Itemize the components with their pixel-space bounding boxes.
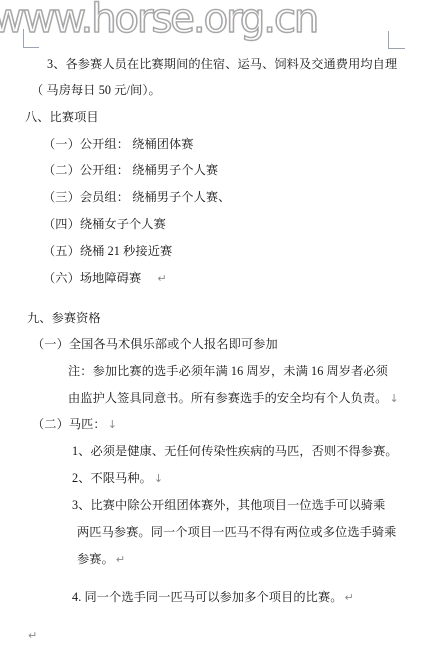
text-line-horse-rule-2: 2、不限马种。↓: [72, 471, 163, 486]
line-text: （一）全国各马术俱乐部或个人报名即可参加: [32, 337, 278, 351]
text-line-horse-rule-1: 1、必须是健康、无任何传染性疾病的马匹，否则不得参赛。: [72, 444, 400, 459]
text-line-event-3: （三）会员组： 绕桶男子个人赛、: [43, 190, 232, 205]
line-text: （六）场地障碍赛: [43, 271, 141, 285]
watermark-text: www.horse.org.cn: [0, 0, 317, 42]
line-break-mark: ↵: [28, 629, 37, 642]
line-text: 1、必须是健康、无任何传染性疾病的马匹，否则不得参赛。: [72, 444, 398, 458]
text-line-note-1: 注：参加比赛的选手必须年满 16 周岁，未满 16 周岁者必须: [68, 364, 390, 379]
line-text: 4. 同一个选手同一匹马可以参加多个项目的比赛。: [72, 590, 343, 604]
line-text: （一）公开组： 绕桶团体赛: [43, 137, 194, 151]
text-line-eligibility-1: （一）全国各马术俱乐部或个人报名即可参加: [32, 337, 280, 352]
text-line-fees: 3、各参赛人员在比赛期间的住宿、运马、饲料及交通费用均自理: [47, 57, 399, 72]
text-line-event-5: （五）绕桶 21 秒接近赛: [43, 244, 174, 259]
text-line-horse-rule-3a: 3、比赛中除公开组团体赛外，其他项目一位选手可以骑乘: [72, 498, 387, 513]
text-line-event-6: （六）场地障碍赛↵: [43, 271, 167, 286]
line-text: （五）绕桶 21 秒接近赛: [43, 244, 172, 258]
text-line-event-1: （一）公开组： 绕桶团体赛: [43, 137, 196, 152]
line-text: （二）马匹：: [32, 417, 106, 431]
line-break-mark: ↓: [108, 418, 117, 431]
line-text: 两匹马参赛。同一个项目一匹马不得有两位或多位选手骑乘: [77, 525, 396, 539]
text-line-horses-heading: （二）马匹：↓: [32, 417, 117, 432]
line-text: （四）绕桶女子个人赛: [43, 217, 166, 231]
text-line-horse-rule-4: 4. 同一个选手同一匹马可以参加多个项目的比赛。↵: [72, 590, 354, 605]
line-break-mark: ↵: [345, 591, 354, 604]
line-break-mark: ↵: [116, 553, 125, 566]
text-line-event-2: （二）公开组： 绕桶男子个人赛: [43, 163, 220, 178]
text-line-horse-rule-3b: 两匹马参赛。同一个项目一匹马不得有两位或多位选手骑乘: [77, 525, 398, 540]
line-text: 3、各参赛人员在比赛期间的住宿、运马、饲料及交通费用均自理: [47, 57, 397, 71]
line-text: 由监护人签具同意书。所有参赛选手的安全均有个人负责。: [68, 391, 387, 405]
line-text: 八、比赛项目: [25, 110, 99, 124]
line-text: （二）公开组： 绕桶男子个人赛: [43, 163, 218, 177]
line-break-mark: ↵: [157, 272, 166, 285]
text-line-stall-price: （ 马房每日 50 元/间）。: [31, 83, 163, 98]
line-text: 3、比赛中除公开组团体赛外，其他项目一位选手可以骑乘: [72, 498, 385, 512]
text-line-horse-rule-3c: 参赛。↵: [77, 552, 125, 567]
page-corner-mark-left: [23, 29, 39, 48]
line-text: （ 马房每日 50 元/间）。: [31, 83, 161, 97]
line-text: 九、参赛资格: [27, 311, 101, 325]
line-text: 参赛。: [77, 552, 114, 566]
line-break-mark: ↓: [389, 392, 398, 405]
line-text: 2、不限马种。: [72, 471, 152, 485]
text-line-event-4: （四）绕桶女子个人赛: [43, 217, 168, 232]
line-break-mark: ↓: [154, 472, 163, 485]
line-text: （三）会员组： 绕桶男子个人赛、: [43, 190, 230, 204]
document-page: www.horse.org.cn 3、各参赛人员在比赛期间的住宿、运马、饲料及交…: [0, 0, 425, 649]
text-line-empty-paragraph: ↵: [28, 628, 37, 643]
line-text: 注：参加比赛的选手必须年满 16 周岁，未满 16 周岁者必须: [68, 364, 388, 378]
page-corner-mark-right: [388, 31, 405, 49]
text-line-note-2: 由监护人签具同意书。所有参赛选手的安全均有个人负责。↓: [68, 391, 399, 406]
heading-section-9: 九、参赛资格: [27, 311, 103, 326]
heading-section-8: 八、比赛项目: [25, 110, 101, 125]
